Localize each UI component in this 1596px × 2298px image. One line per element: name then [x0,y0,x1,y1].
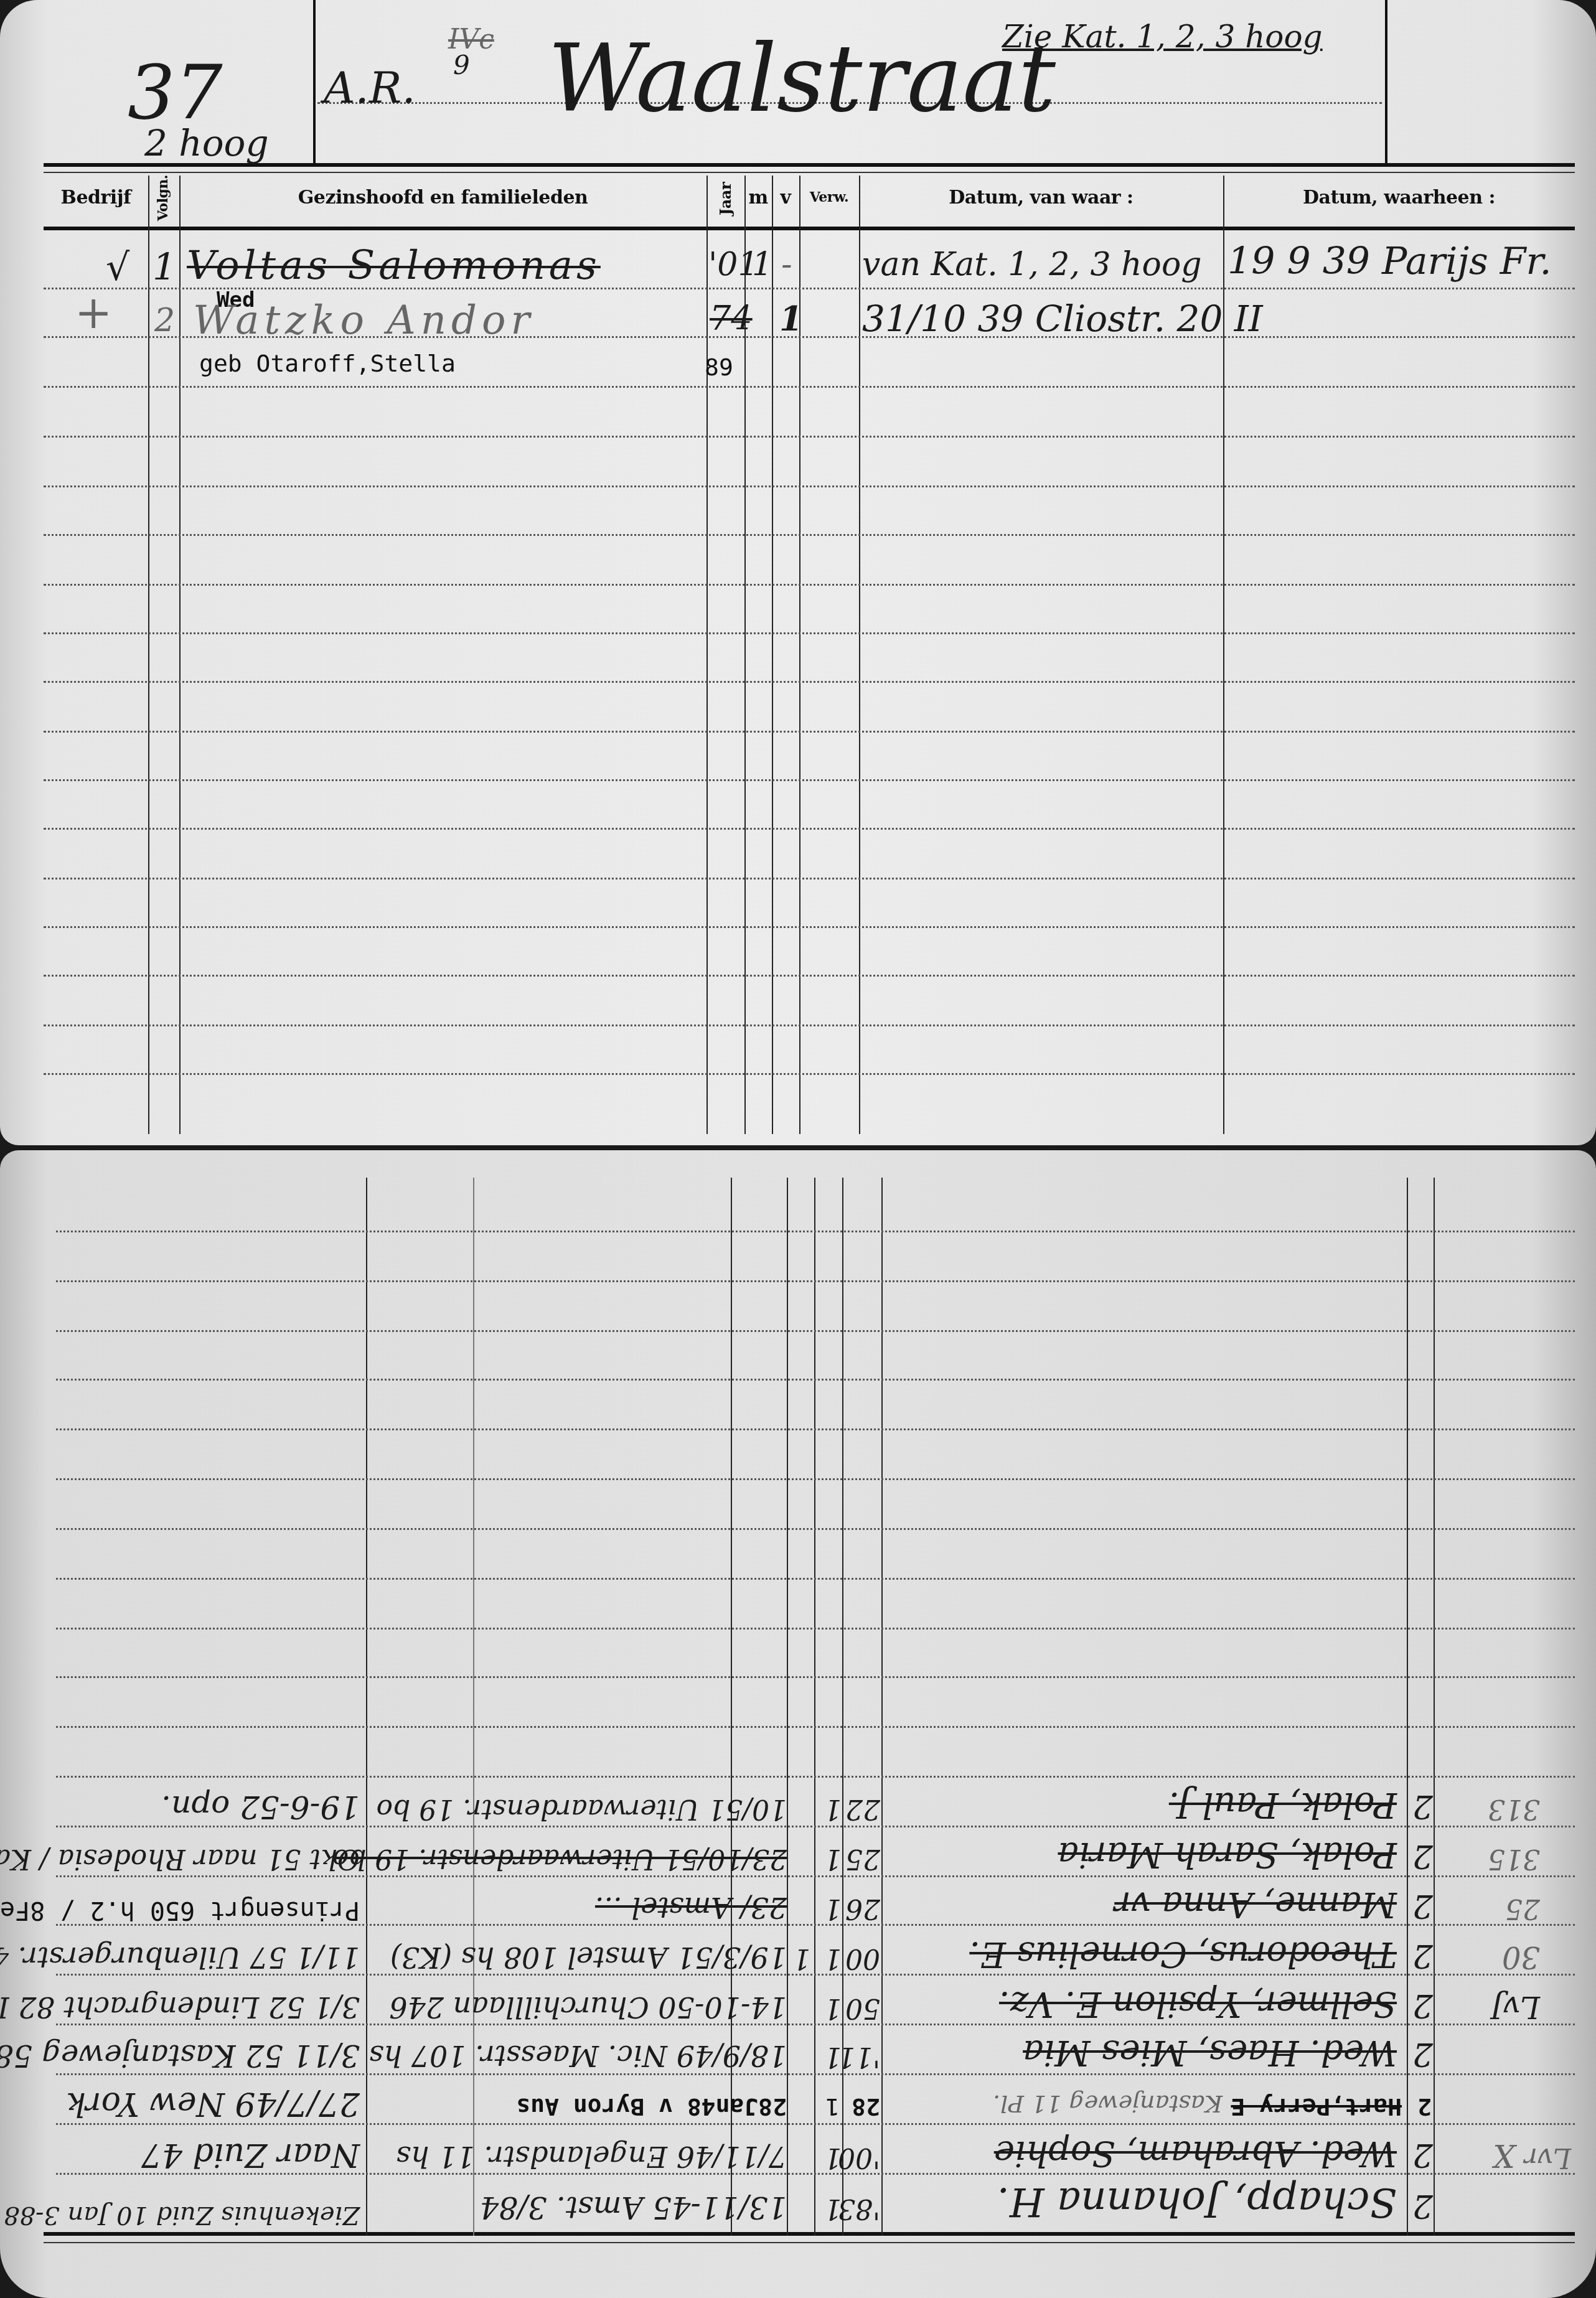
row-destination: 27/7/49 New York [66,2085,360,2122]
row-date-from: 23/10/51 Uiterwaardenstr. 19 bo [332,1843,787,1875]
row-jaar: 00 [845,1943,880,1974]
row-date-from: 19/3/51 Amstel 108 hs (K3) [390,1941,787,1974]
row-m: 1 [824,2193,842,2225]
row-m: 1 [824,1793,842,1825]
col-line-faint [474,1178,475,2236]
row-line [56,1776,1575,1778]
row-name: Schapp, Johanna H. [997,2178,1397,2225]
row-line [44,731,1575,733]
row-destination: 3/11 52 Kastanjeweg 58 I [0,2038,360,2073]
col-line-v [772,176,773,1134]
row-extra-address: Kastanjeweg 11 Pl. [993,2090,1223,2117]
row-date-from: 14-10-50 Churchilllaan 246 [389,1991,787,2024]
row-volgn: 2 [154,302,175,339]
row-volgn: 2 [1412,1987,1433,2024]
row-line [56,2073,1575,2075]
row-name: Hart,Perry E [1231,2093,1402,2121]
row-destination: 3/1 52 Lindengracht 82 II [0,1991,360,2024]
row-m: 1 [824,1943,842,1974]
row-margin-note: 30 [1502,1939,1540,1974]
row-m: 1 [824,2142,842,2174]
row-line [44,485,1575,487]
col-line-gezinshoofd [179,176,181,1134]
row-volgn: 2 [1412,2187,1433,2225]
row-volgn: 2 [1412,1937,1433,1974]
col-line [366,1178,367,2236]
row-line [44,1025,1575,1026]
row-line [44,926,1575,928]
row-destination: Ziekenhuis Zuid 10 Jan 3-88 / 12-3-46 [0,2201,360,2230]
row-jaar: '01 [708,246,758,283]
col-line-van-waar [859,176,860,1134]
row-line [44,632,1575,634]
row-line [56,1676,1575,1678]
row-jaar: 28 [852,2093,880,2121]
row-line [44,878,1575,879]
row-name: geb Otaroff,Stella [199,350,456,377]
row-v: 1 [779,299,803,339]
deceased-cross: + [75,286,112,339]
row-name: Polak, Sarah Maria [1058,1834,1397,1875]
row-date-from: 18/9/49 Nic. Maesstr. 107 hs [369,2039,787,2073]
row-v: 1 [793,1943,810,1974]
row-line [56,1875,1575,1877]
row-name: Theodorus, Cornelius E. [969,1934,1397,1974]
check-mark: √ [106,246,129,289]
col-header-v: v [772,187,799,209]
row-line [44,681,1575,683]
row-destination: Naar Zuid 47 [141,2136,360,2174]
row-date-from: 28Jan48 v Byron Aus [516,2093,787,2121]
row-line [44,1073,1575,1075]
col-line [842,1178,843,2236]
row-waarheen: 19 9 39 Parijs Fr. [1228,240,1552,283]
district-prefix: A.R. [324,62,416,113]
row-m: 1 [824,1992,842,2024]
footer-rule-thin [44,2242,1575,2243]
row-line [56,1528,1575,1530]
row-m: 1 [825,2093,840,2121]
row-jaar: 50 [845,1992,880,2024]
registration-card-front: 37 2 hoog A.R. IVc 9 Waalstraat Zie Kat.… [0,0,1596,1145]
row-line [56,2123,1575,2125]
row-destination: Prinsengrt 650 h.2 / 8Feb52 [0,1896,360,1925]
footer-rule [44,2232,1575,2236]
row-m: 1 [824,2041,842,2073]
row-volgn: 2 [1412,2136,1433,2174]
row-line [56,1628,1575,1630]
row-line [44,386,1575,388]
col-header-jaar: Jaar [716,177,735,221]
row-destination: 11/1 57 Uilenburgerstr. 45 hs [0,1941,360,1974]
row-destination: 19-6-52 opn. [161,1789,360,1825]
row-margin-note: 313 [1488,1793,1540,1825]
header-rule [44,163,1575,167]
row-m: 1 [752,246,772,283]
row-name: Wed. Abraham, Sophie [994,2133,1397,2174]
row-line [44,534,1575,536]
row-line [56,1428,1575,1430]
row-m: 1 [824,1893,842,1925]
row-m: 1 [824,1843,842,1875]
row-jaar: 26 [845,1893,880,1925]
row-volgn: 2 [1417,2093,1432,2121]
col-line [881,1178,883,2236]
row-line [56,1280,1575,1282]
row-line [56,1726,1575,1728]
row-volgn: 2 [1412,1788,1433,1825]
row-line [56,1578,1575,1580]
row-margin-note: LvJ [1491,1989,1540,2024]
row-date-from: 10/51 Uiterwaardenstr. 19 bo [377,1793,787,1825]
row-line [56,1330,1575,1332]
row-name: Watzko Andor [193,298,535,344]
col-header-verw: Verw. [799,189,859,205]
row-volgn: 1 [153,246,176,289]
row-volgn: 2 [1412,1837,1433,1875]
row-margin-note: 315 [1488,1843,1540,1875]
column-header-rule [44,227,1575,230]
header-divider-right [1385,0,1387,166]
col-header-waarheen: Datum, waarheen : [1223,187,1575,209]
reference-note: Zie Kat. 1, 2, 3 hoog [1002,19,1323,55]
row-jaar: 89 [705,354,733,381]
row-jaar: 22 [845,1793,880,1825]
col-header-van-waar: Datum, van waar : [859,187,1223,209]
street-name: Waalstraat [548,25,1056,133]
row-line [56,1379,1575,1381]
row-name: Sellmer, Ypsilon E. Vz. [999,1984,1397,2024]
row-line [44,828,1575,830]
row-mark: X [1493,2137,1515,2174]
row-line [56,1478,1575,1480]
col-line [731,1178,732,2236]
row-name: Manne, Anna vr [1114,1884,1397,1925]
row-line [44,436,1575,438]
col-line-volgn [148,176,149,1134]
row-volgn: 2 [1412,2035,1433,2073]
row-date-from: 7/11/46 Engelandstr. 11 hs [396,2140,787,2174]
col-line-jaar [706,176,708,1134]
row-line [44,779,1575,781]
row-jaar: 25 [845,1843,880,1875]
row-line [56,1826,1575,1827]
col-line [1434,1178,1435,2236]
col-line [1407,1178,1408,2236]
floor-label: 2 hoog [144,122,269,164]
row-name: Wed. Haes, Mies Mia [1023,2032,1397,2073]
row-destination: Okt 51 naar Rhodesia / Kamp [0,1843,360,1875]
row-name: Voltas Salomonas [187,243,601,289]
row-line [44,584,1575,586]
row-van-waar: van Kat. 1, 2, 3 hoog [862,246,1202,283]
header-divider-left [313,0,316,166]
row-line [44,975,1575,977]
district-superscript: 9 [453,50,470,80]
registration-card-back: 2 Schapp, Johanna H. '83 1 13/11-45 Amst… [0,1150,1596,2298]
row-date-from: 23/ Amstel ... [595,1891,787,1925]
col-line [814,1178,815,2236]
row-name: Polak, Paul J. [1169,1784,1397,1825]
row-jaar: 74 [710,299,753,338]
col-header-gezinshoofd: Gezinshoofd en familieleden [179,187,706,209]
row-margin-note: Lvr [1524,2142,1571,2174]
col-header-bedrijf: Bedrijf [44,187,148,209]
upside-down-register: 2 Schapp, Johanna H. '83 1 13/11-45 Amst… [0,1150,1596,2298]
col-line [787,1178,788,2236]
row-line [56,1231,1575,1232]
header-rule-thin [44,172,1575,173]
row-v: - [781,246,792,283]
row-jaar: '11 [838,2041,880,2073]
row-van-waar: 31/10 39 Cliostr. 20 II [862,298,1263,340]
col-header-volgn: Volgn. [155,173,171,223]
col-header-m: m [744,187,772,209]
row-date-from: 13/11-45 Amst. 3/84 [480,2190,787,2225]
row-jaar: '00 [838,2142,880,2174]
row-jaar: '83 [838,2193,880,2225]
row-volgn: 2 [1412,1887,1433,1925]
row-margin-note: 25 [1505,1893,1540,1925]
